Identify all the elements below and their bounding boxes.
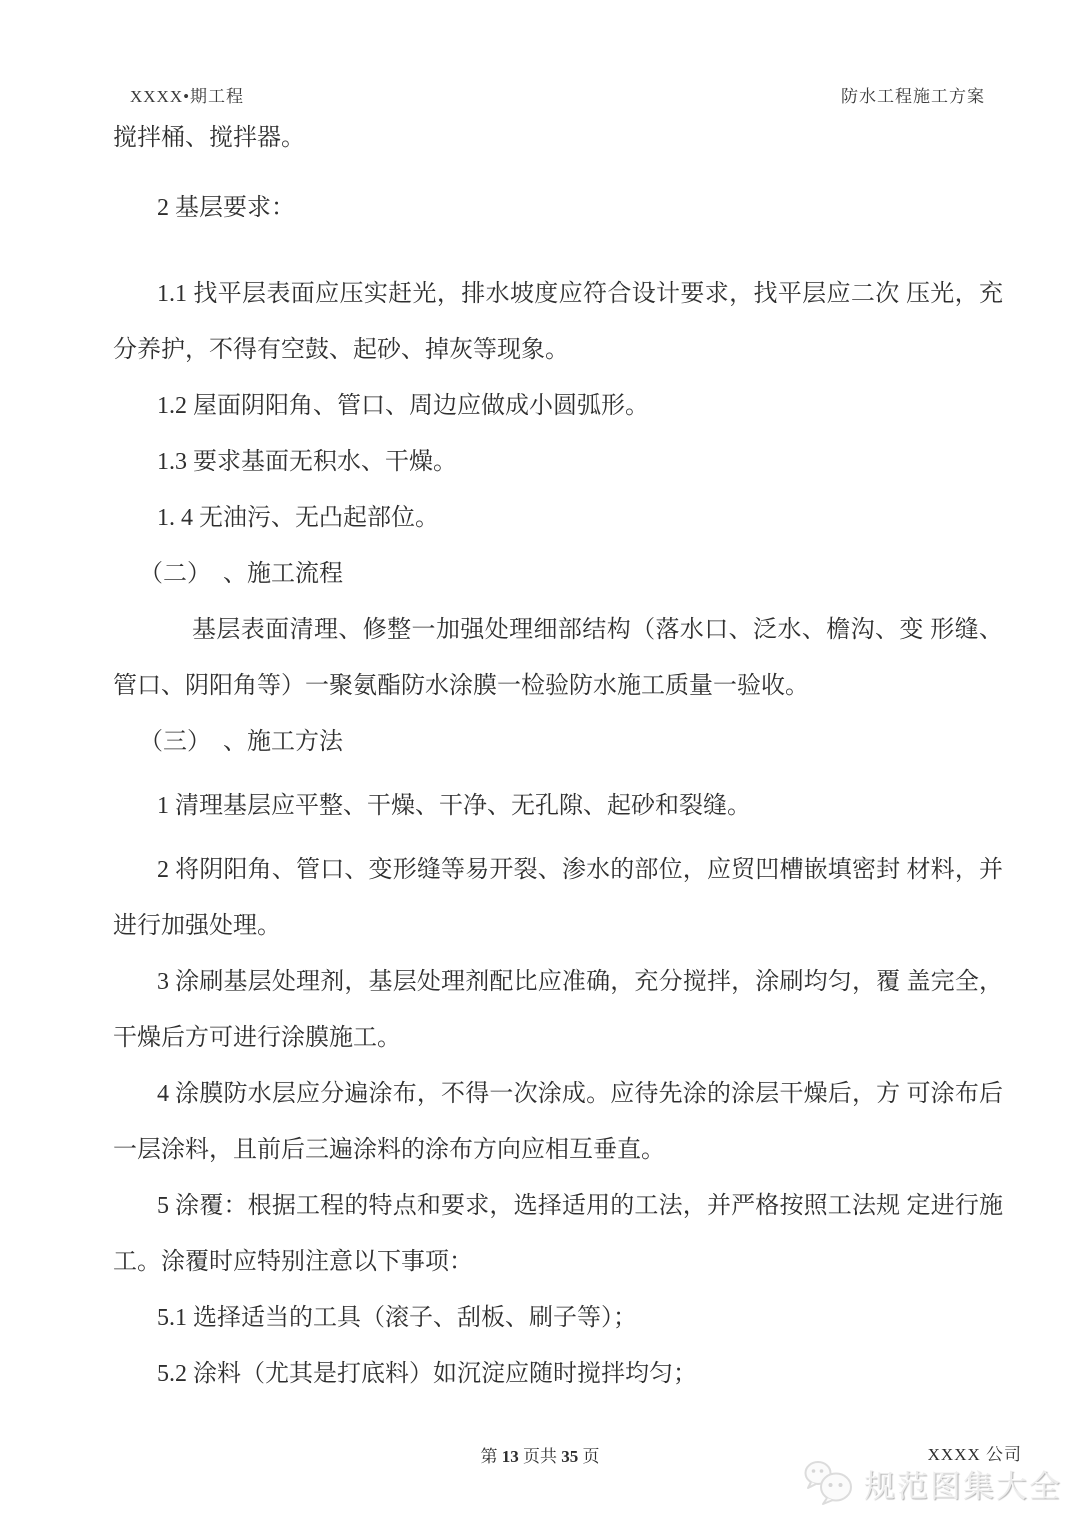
page-header: XXXX•期工程 防水工程施工方案 xyxy=(130,82,985,107)
paragraph: 5 涂覆：根据工程的特点和要求，选择适用的工法，并严格按照工法规 定进行施工。涂… xyxy=(113,1178,1003,1290)
header-project-title: XXXX•期工程 xyxy=(130,82,244,107)
paragraph: 2 基层要求： xyxy=(113,180,1003,236)
paragraph: 1. 4 无油污、无凸起部位。 xyxy=(113,490,1003,546)
section-heading: （三） 、施工方法 xyxy=(113,714,1003,770)
paragraph: 1.2 屋面阴阳角、管口、周边应做成小圆弧形。 xyxy=(113,378,1003,434)
paragraph: 3 涂刷基层处理剂，基层处理剂配比应准确，充分搅拌，涂刷均匀，覆 盖完全，干燥后… xyxy=(113,954,1003,1066)
paragraph: 1.1 找平层表面应压实赶光，排水坡度应符合设计要求，找平层应二次 压光，充分养… xyxy=(113,266,1003,378)
page-number-suffix: 页 xyxy=(578,1447,599,1466)
paragraph: 搅拌桶、搅拌器。 xyxy=(113,110,1003,166)
wechat-logo-icon xyxy=(803,1458,855,1508)
paragraph: 基层表面清理、修整一加强处理细部结构（落水口、泛水、檐沟、变 形缝、管口、阴阳角… xyxy=(113,602,1003,714)
document-body: 搅拌桶、搅拌器。 2 基层要求： 1.1 找平层表面应压实赶光，排水坡度应符合设… xyxy=(113,110,1003,1402)
current-page-number: 13 xyxy=(502,1447,519,1466)
page-number-prefix: 第 xyxy=(481,1447,502,1466)
watermark: 规范图集大全 xyxy=(803,1458,1062,1508)
paragraph: 1 清理基层应平整、干燥、干净、无孔隙、起砂和裂缝。 xyxy=(113,778,1003,834)
watermark-text: 规范图集大全 xyxy=(864,1461,1062,1506)
paragraph: 4 涂膜防水层应分遍涂布，不得一次涂成。应待先涂的涂层干燥后，方 可涂布后一层涂… xyxy=(113,1066,1003,1178)
paragraph: 5.1 选择适当的工具（滚子、刮板、刷子等）； xyxy=(113,1290,1003,1346)
paragraph: 2 将阴阳角、管口、变形缝等易开裂、渗水的部位，应贸凹槽嵌填密封 材料，并进行加… xyxy=(113,842,1003,954)
total-page-number: 35 xyxy=(561,1447,578,1466)
document-page: XXXX•期工程 防水工程施工方案 搅拌桶、搅拌器。 2 基层要求： 1.1 找… xyxy=(0,0,1080,1528)
header-doc-title: 防水工程施工方案 xyxy=(841,82,985,107)
paragraph: 1.3 要求基面无积水、干燥。 xyxy=(113,434,1003,490)
section-heading: （二） 、施工流程 xyxy=(113,546,1003,602)
paragraph: 5.2 涂料（尤其是打底料）如沉淀应随时搅拌均匀； xyxy=(113,1346,1003,1402)
page-number-middle: 页共 xyxy=(519,1447,562,1466)
